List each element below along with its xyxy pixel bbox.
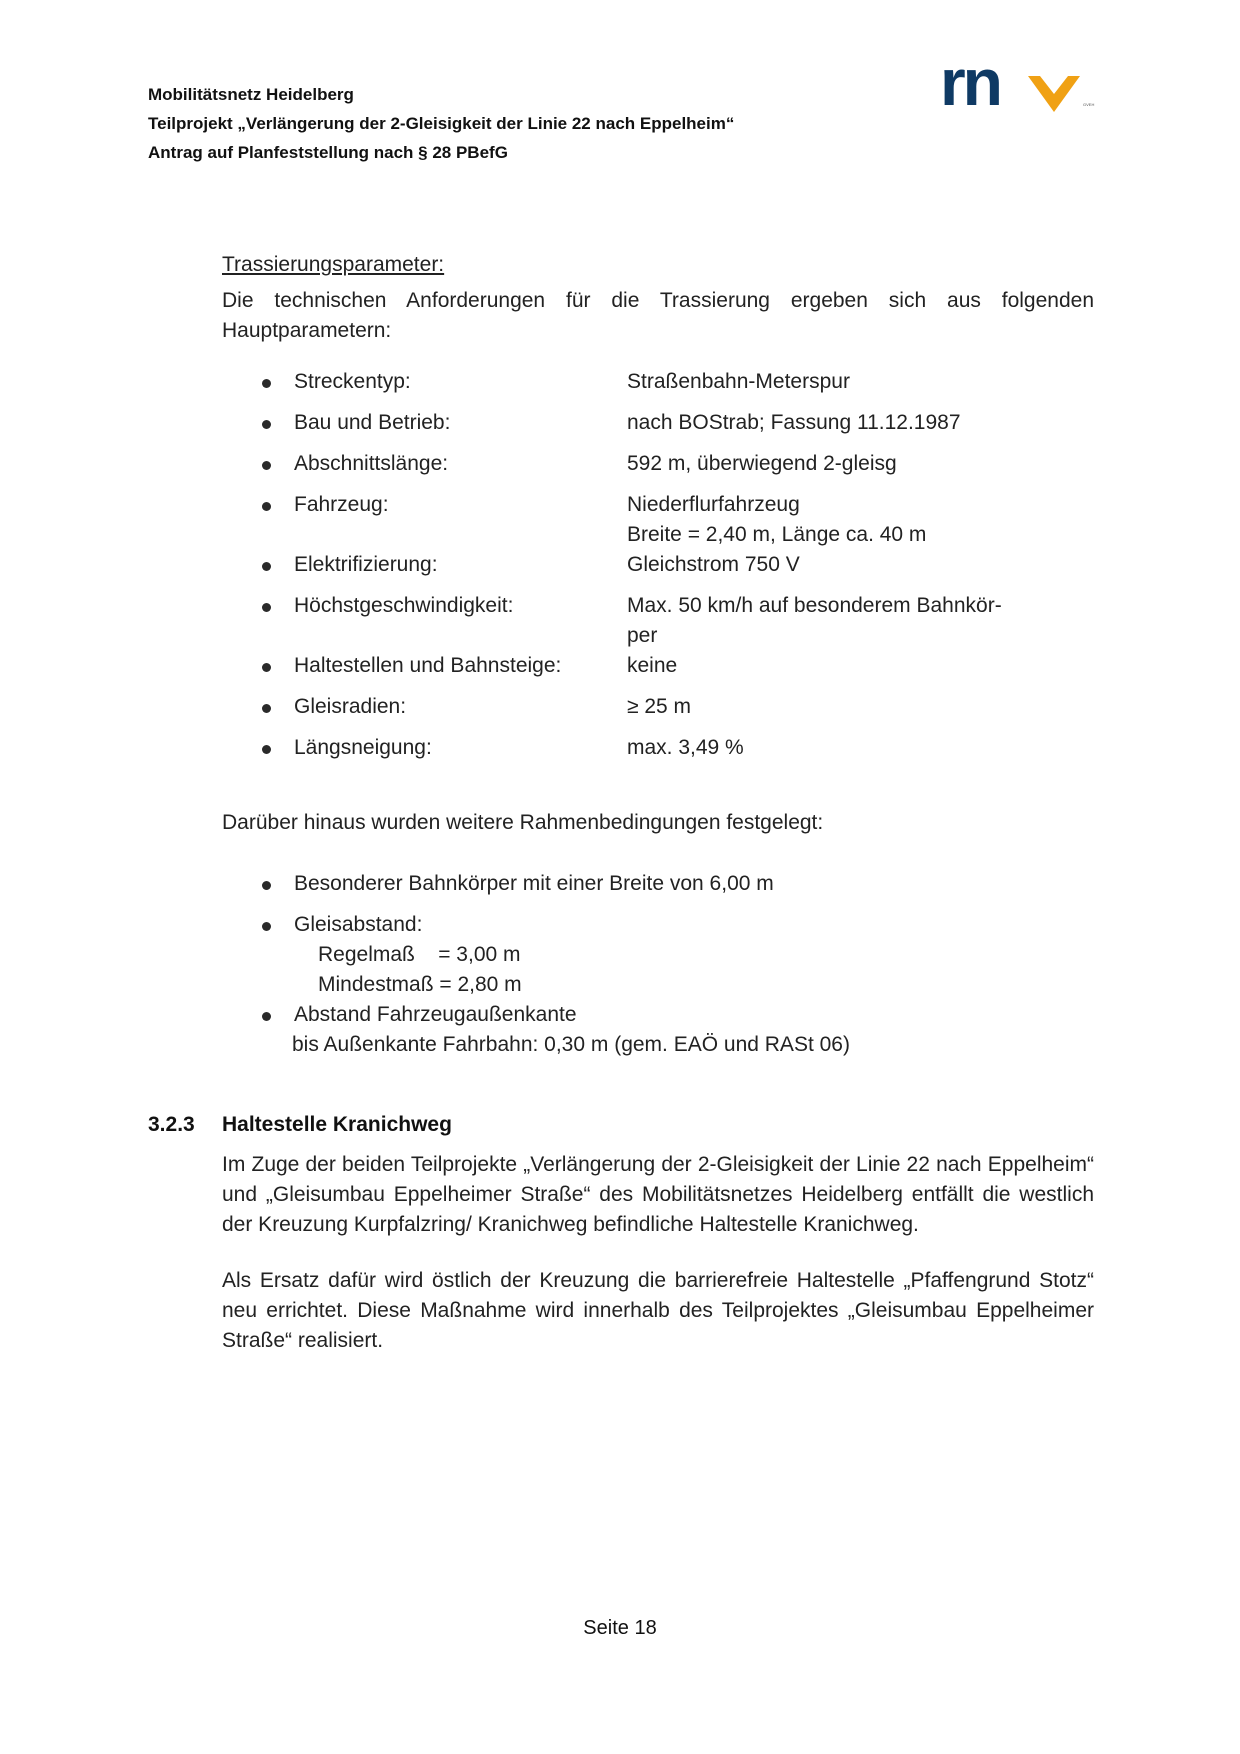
condition-text: Abstand Fahrzeugaußenkante (262, 1000, 1092, 1030)
condition-subtext: Mindestmaß = 2,80 m (262, 970, 1092, 1000)
section-paragraph-2: Als Ersatz dafür wird östlich der Kreuzu… (222, 1266, 1094, 1356)
parameter-row: Abschnittslänge: 592 m, überwiegend 2-gl… (262, 449, 1092, 490)
rnv-logo: rn GVEH (940, 62, 1100, 118)
parameter-row: Gleisradien: ≥ 25 m (262, 692, 1092, 733)
parameter-row: Streckentyp: Straßenbahn-Meterspur (262, 367, 1092, 408)
bullet-icon (262, 461, 271, 470)
parameter-row: Fahrzeug: Niederflurfahrzeug (262, 490, 1092, 520)
parameter-label: Elektrifizierung: (294, 550, 438, 580)
parameter-label: Abschnittslänge: (294, 449, 448, 479)
section-subtitle: Trassierungsparameter: (222, 250, 1094, 280)
parameter-value: max. 3,49 % (627, 733, 1067, 763)
logo-v-inner-icon (1040, 76, 1068, 94)
parameter-row: Höchstgeschwindigkeit: Max. 50 km/h auf … (262, 591, 1092, 621)
parameter-value: Niederflurfahrzeug (627, 490, 1067, 520)
parameter-label: Längsneigung: (294, 733, 432, 763)
parameter-label: Fahrzeug: (294, 490, 389, 520)
condition-item: Besonderer Bahnkörper mit einer Breite v… (262, 869, 1092, 910)
condition-subtext: Regelmaß = 3,00 m (262, 940, 1092, 970)
bullet-icon (262, 704, 271, 713)
bullet-icon (262, 922, 271, 931)
document-header: Mobilitätsnetz Heidelberg Teilprojekt „V… (148, 80, 734, 167)
parameter-value: nach BOStrab; Fassung 11.12.1987 (627, 408, 1067, 438)
condition-item: Gleisabstand: Regelmaß = 3,00 m Mindestm… (262, 910, 1092, 1000)
bullet-icon (262, 745, 271, 754)
header-line-subproject: Teilprojekt „Verlängerung der 2-Gleisigk… (148, 109, 734, 138)
parameter-value-continued: per (627, 621, 1067, 651)
parameter-value: keine (627, 651, 1067, 681)
section-heading: 3.2.3Haltestelle Kranichweg (148, 1113, 452, 1137)
additional-intro-text: Darüber hinaus wurden weitere Rahmenbedi… (222, 808, 1094, 838)
parameter-label: Bau und Betrieb: (294, 408, 450, 438)
section-paragraph-1: Im Zuge der beiden Teilprojekte „Verläng… (222, 1150, 1094, 1240)
condition-continuation: bis Außenkante Fahrbahn: 0,30 m (gem. EA… (262, 1030, 1092, 1060)
parameter-row-continuation: Breite = 2,40 m, Länge ca. 40 m (262, 520, 1092, 550)
section-number: 3.2.3 (148, 1113, 222, 1137)
bullet-icon (262, 420, 271, 429)
section-323-body: Im Zuge der beiden Teilprojekte „Verläng… (222, 1150, 1094, 1356)
parameter-label: Streckentyp: (294, 367, 411, 397)
parameter-row-continuation: per (262, 621, 1092, 651)
logo-text: rn (940, 44, 1000, 120)
parameter-row: Haltestellen und Bahnsteige: keine (262, 651, 1092, 692)
parameter-value-continued: Breite = 2,40 m, Länge ca. 40 m (627, 520, 1067, 550)
header-line-project: Mobilitätsnetz Heidelberg (148, 80, 734, 109)
parameter-value: ≥ 25 m (627, 692, 1067, 722)
bullet-icon (262, 502, 271, 511)
section-title: Haltestelle Kranichweg (222, 1113, 452, 1136)
parameter-label: Haltestellen und Bahnsteige: (294, 651, 561, 681)
parameter-value: 592 m, überwiegend 2-gleisg (627, 449, 1067, 479)
condition-text: Gleisabstand: (262, 910, 1092, 940)
additional-intro: Darüber hinaus wurden weitere Rahmenbedi… (222, 808, 1094, 838)
parameter-value: Max. 50 km/h auf besonderem Bahnkör- (627, 591, 1067, 621)
parameter-label: Gleisradien: (294, 692, 406, 722)
bullet-icon (262, 562, 271, 571)
parameter-row: Längsneigung: max. 3,49 % (262, 733, 1092, 774)
parameter-row: Bau und Betrieb: nach BOStrab; Fassung 1… (262, 408, 1092, 449)
bullet-icon (262, 663, 271, 672)
parameter-value: Gleichstrom 750 V (627, 550, 1067, 580)
page-number: Seite 18 (0, 1617, 1240, 1640)
conditions-list: Besonderer Bahnkörper mit einer Breite v… (262, 869, 1092, 1060)
condition-text: Besonderer Bahnkörper mit einer Breite v… (262, 869, 1092, 899)
parameter-row: Elektrifizierung: Gleichstrom 750 V (262, 550, 1092, 591)
condition-item: Abstand Fahrzeugaußenkante bis Außenkant… (262, 1000, 1092, 1060)
trassierung-section: Trassierungsparameter: Die technischen A… (222, 250, 1094, 346)
header-line-application: Antrag auf Planfeststellung nach § 28 PB… (148, 138, 734, 167)
parameter-label: Höchstgeschwindigkeit: (294, 591, 513, 621)
parameter-list: Streckentyp: Straßenbahn-Meterspur Bau u… (262, 367, 1092, 774)
bullet-icon (262, 1012, 271, 1021)
bullet-icon (262, 379, 271, 388)
parameter-value: Straßenbahn-Meterspur (627, 367, 1067, 397)
logo-subtext: GVEH (1083, 102, 1094, 107)
bullet-icon (262, 603, 271, 612)
intro-paragraph: Die technischen Anforderungen für die Tr… (222, 286, 1094, 346)
bullet-icon (262, 881, 271, 890)
